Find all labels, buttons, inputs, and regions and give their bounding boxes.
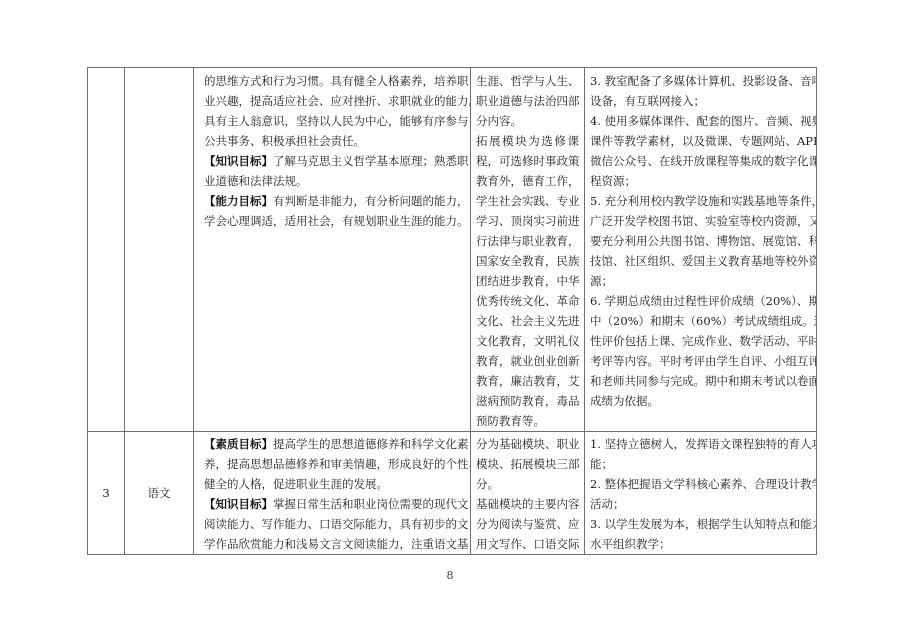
text-line: 成绩为依据。 — [590, 391, 809, 411]
text-line: 设备，有互联网接入； — [590, 91, 809, 111]
text-line: 滋病预防教育，毒品 — [476, 391, 579, 411]
row-index-cell: 3 — [88, 432, 125, 555]
text-line: 程，可选修时事政策 — [476, 151, 579, 171]
text-line: 文化教育，文明礼仪 — [476, 331, 579, 351]
text-line: 分为阅读与鉴赏、应 — [476, 514, 579, 534]
document-page: 的思维方式和行为习惯。具有健全人格素养，培养职业兴趣，提高适应社会、应对挫折、求… — [0, 0, 900, 636]
text-line: 1. 坚持立德树人，发挥语文课程独特的育人功 — [590, 434, 809, 454]
text-line: 活动； — [590, 494, 809, 514]
text-line: 【知识目标】掌握日常生活和职业岗位需要的现代文 — [204, 494, 464, 514]
text-line: 6. 学期总成绩由过程性评价成绩（20%）、期 — [590, 291, 809, 311]
text-line: 技馆、社区组织、爱国主义教育基地等校外资 — [590, 251, 809, 271]
text-line: 2. 整体把握语文学科核心素养、合理设计教学 — [590, 474, 809, 494]
text-line: 的思维方式和行为习惯。具有健全人格素养，培养职 — [204, 71, 464, 91]
objectives-cell: 的思维方式和行为习惯。具有健全人格素养，培养职业兴趣，提高适应社会、应对挫折、求… — [194, 68, 471, 432]
text-line: 健全的人格，促进职业生涯的发展。 — [204, 474, 464, 494]
curriculum-table: 的思维方式和行为习惯。具有健全人格素养，培养职业兴趣，提高适应社会、应对挫折、求… — [87, 67, 817, 555]
text-line: 水平组织教学； — [590, 534, 809, 554]
text-line: 5. 充分利用校内教学设施和实践基地等条件， — [590, 191, 809, 211]
text-line: 学习、顶岗实习前进 — [476, 211, 579, 231]
text-line: 微信公众号、在线开放课程等集成的数字化课 — [590, 151, 809, 171]
text-line: 学生社会实践、专业 — [476, 191, 579, 211]
text-line: 国家安全教育，民族 — [476, 251, 579, 271]
text-line: 3. 教室配备了多媒体计算机、投影设备、音响 — [590, 71, 809, 91]
text-line: 团结进步教育，中华 — [476, 271, 579, 291]
text-line: 能； — [590, 454, 809, 474]
text-line: 4. 使用多媒体课件、配套的图片、音频、视频、 — [590, 111, 809, 131]
text-line: 基础模块的主要内容 — [476, 494, 579, 514]
text-line: 拓展模块为选修课 — [476, 131, 579, 151]
text-line: 学会心理调适，适用社会，有规划职业生涯的能力。 — [204, 211, 464, 231]
text-line: 【能力目标】有判断是非能力，有分析问题的能力， — [204, 191, 464, 211]
row-index-cell — [88, 68, 125, 432]
text-line: 具有主人翁意识，坚持以人民为中心，能够有序参与 — [204, 111, 464, 131]
text-line: 中（20%）和期末（60%）考试成绩组成。过程 — [590, 311, 809, 331]
objective-label: 【知识目标】 — [204, 154, 273, 168]
requirements-cell: 3. 教室配备了多媒体计算机、投影设备、音响设备，有互联网接入；4. 使用多媒体… — [585, 68, 817, 432]
text-line: 养，提高思想品德修养和审美情趣，形成良好的个性、 — [204, 454, 464, 474]
objective-label: 【能力目标】 — [204, 194, 273, 208]
text-line: 3. 以学生发展为本，根据学生认知特点和能力 — [590, 514, 809, 534]
text-line: 分内容。 — [476, 111, 579, 131]
text-line: 教育外，德育工作， — [476, 171, 579, 191]
text-line: 用文写作、口语交际 — [476, 534, 579, 554]
text-line: 分。 — [476, 474, 579, 494]
text-line: 要充分利用公共图书馆、博物馆、展览馆、科 — [590, 231, 809, 251]
objectives-cell: 【素质目标】提高学生的思想道德修养和科学文化素养，提高思想品德修养和审美情趣，形… — [194, 432, 471, 555]
table-row: 的思维方式和行为习惯。具有健全人格素养，培养职业兴趣，提高适应社会、应对挫折、求… — [88, 68, 817, 432]
text-line: 学作品欣赏能力和浅易文言文阅读能力，注重语文基 — [204, 534, 464, 554]
text-line: 和老师共同参与完成。期中和期末考试以卷面 — [590, 371, 809, 391]
text-line: 教育，就业创业创新 — [476, 351, 579, 371]
text-line: 生涯、哲学与人生、 — [476, 71, 579, 91]
text-line: 预防教育等。 — [476, 411, 579, 431]
objective-label: 【素质目标】 — [204, 437, 273, 451]
page-number: 8 — [0, 569, 900, 582]
text-line: 分为基础模块、职业 — [476, 434, 579, 454]
text-line: 优秀传统文化、革命 — [476, 291, 579, 311]
text-line: 教育，廉洁教育，艾 — [476, 371, 579, 391]
text-line: 业兴趣，提高适应社会、应对挫折、求职就业的能力。 — [204, 91, 464, 111]
text-line: 公共事务、积极承担社会责任。 — [204, 131, 464, 151]
text-line: 业道德和法律法规。 — [204, 171, 464, 191]
course-name-cell — [125, 68, 194, 432]
course-name-cell: 语文 — [125, 432, 194, 555]
text-line: 行法律与职业教育， — [476, 231, 579, 251]
text-line: 源； — [590, 271, 809, 291]
text-line: 文化、社会主义先进 — [476, 311, 579, 331]
objective-label: 【知识目标】 — [204, 497, 273, 511]
text-line: 模块、拓展模块三部 — [476, 454, 579, 474]
content-cell: 分为基础模块、职业模块、拓展模块三部分。基础模块的主要内容分为阅读与鉴赏、应用文… — [471, 432, 585, 555]
text-line: 程资源； — [590, 171, 809, 191]
text-line: 广泛开发学校图书馆、实验室等校内资源，又 — [590, 211, 809, 231]
text-line: 考评等内容。平时考评由学生自评、小组互评 — [590, 351, 809, 371]
content-cell: 生涯、哲学与人生、职业道德与法治四部分内容。拓展模块为选修课程，可选修时事政策教… — [471, 68, 585, 432]
text-line: 课件等教学素材，以及微课、专题网站、APP、 — [590, 131, 809, 151]
text-line: 性评价包括上课、完成作业、数学活动、平时 — [590, 331, 809, 351]
table-row: 3 语文 【素质目标】提高学生的思想道德修养和科学文化素养，提高思想品德修养和审… — [88, 432, 817, 555]
requirements-cell: 1. 坚持立德树人，发挥语文课程独特的育人功能；2. 整体把握语文学科核心素养、… — [585, 432, 817, 555]
text-line: 职业道德与法治四部 — [476, 91, 579, 111]
text-line: 【知识目标】了解马克思主义哲学基本原理；熟悉职 — [204, 151, 464, 171]
text-line: 阅读能力、写作能力、口语交际能力，具有初步的文 — [204, 514, 464, 534]
text-line: 【素质目标】提高学生的思想道德修养和科学文化素 — [204, 434, 464, 454]
